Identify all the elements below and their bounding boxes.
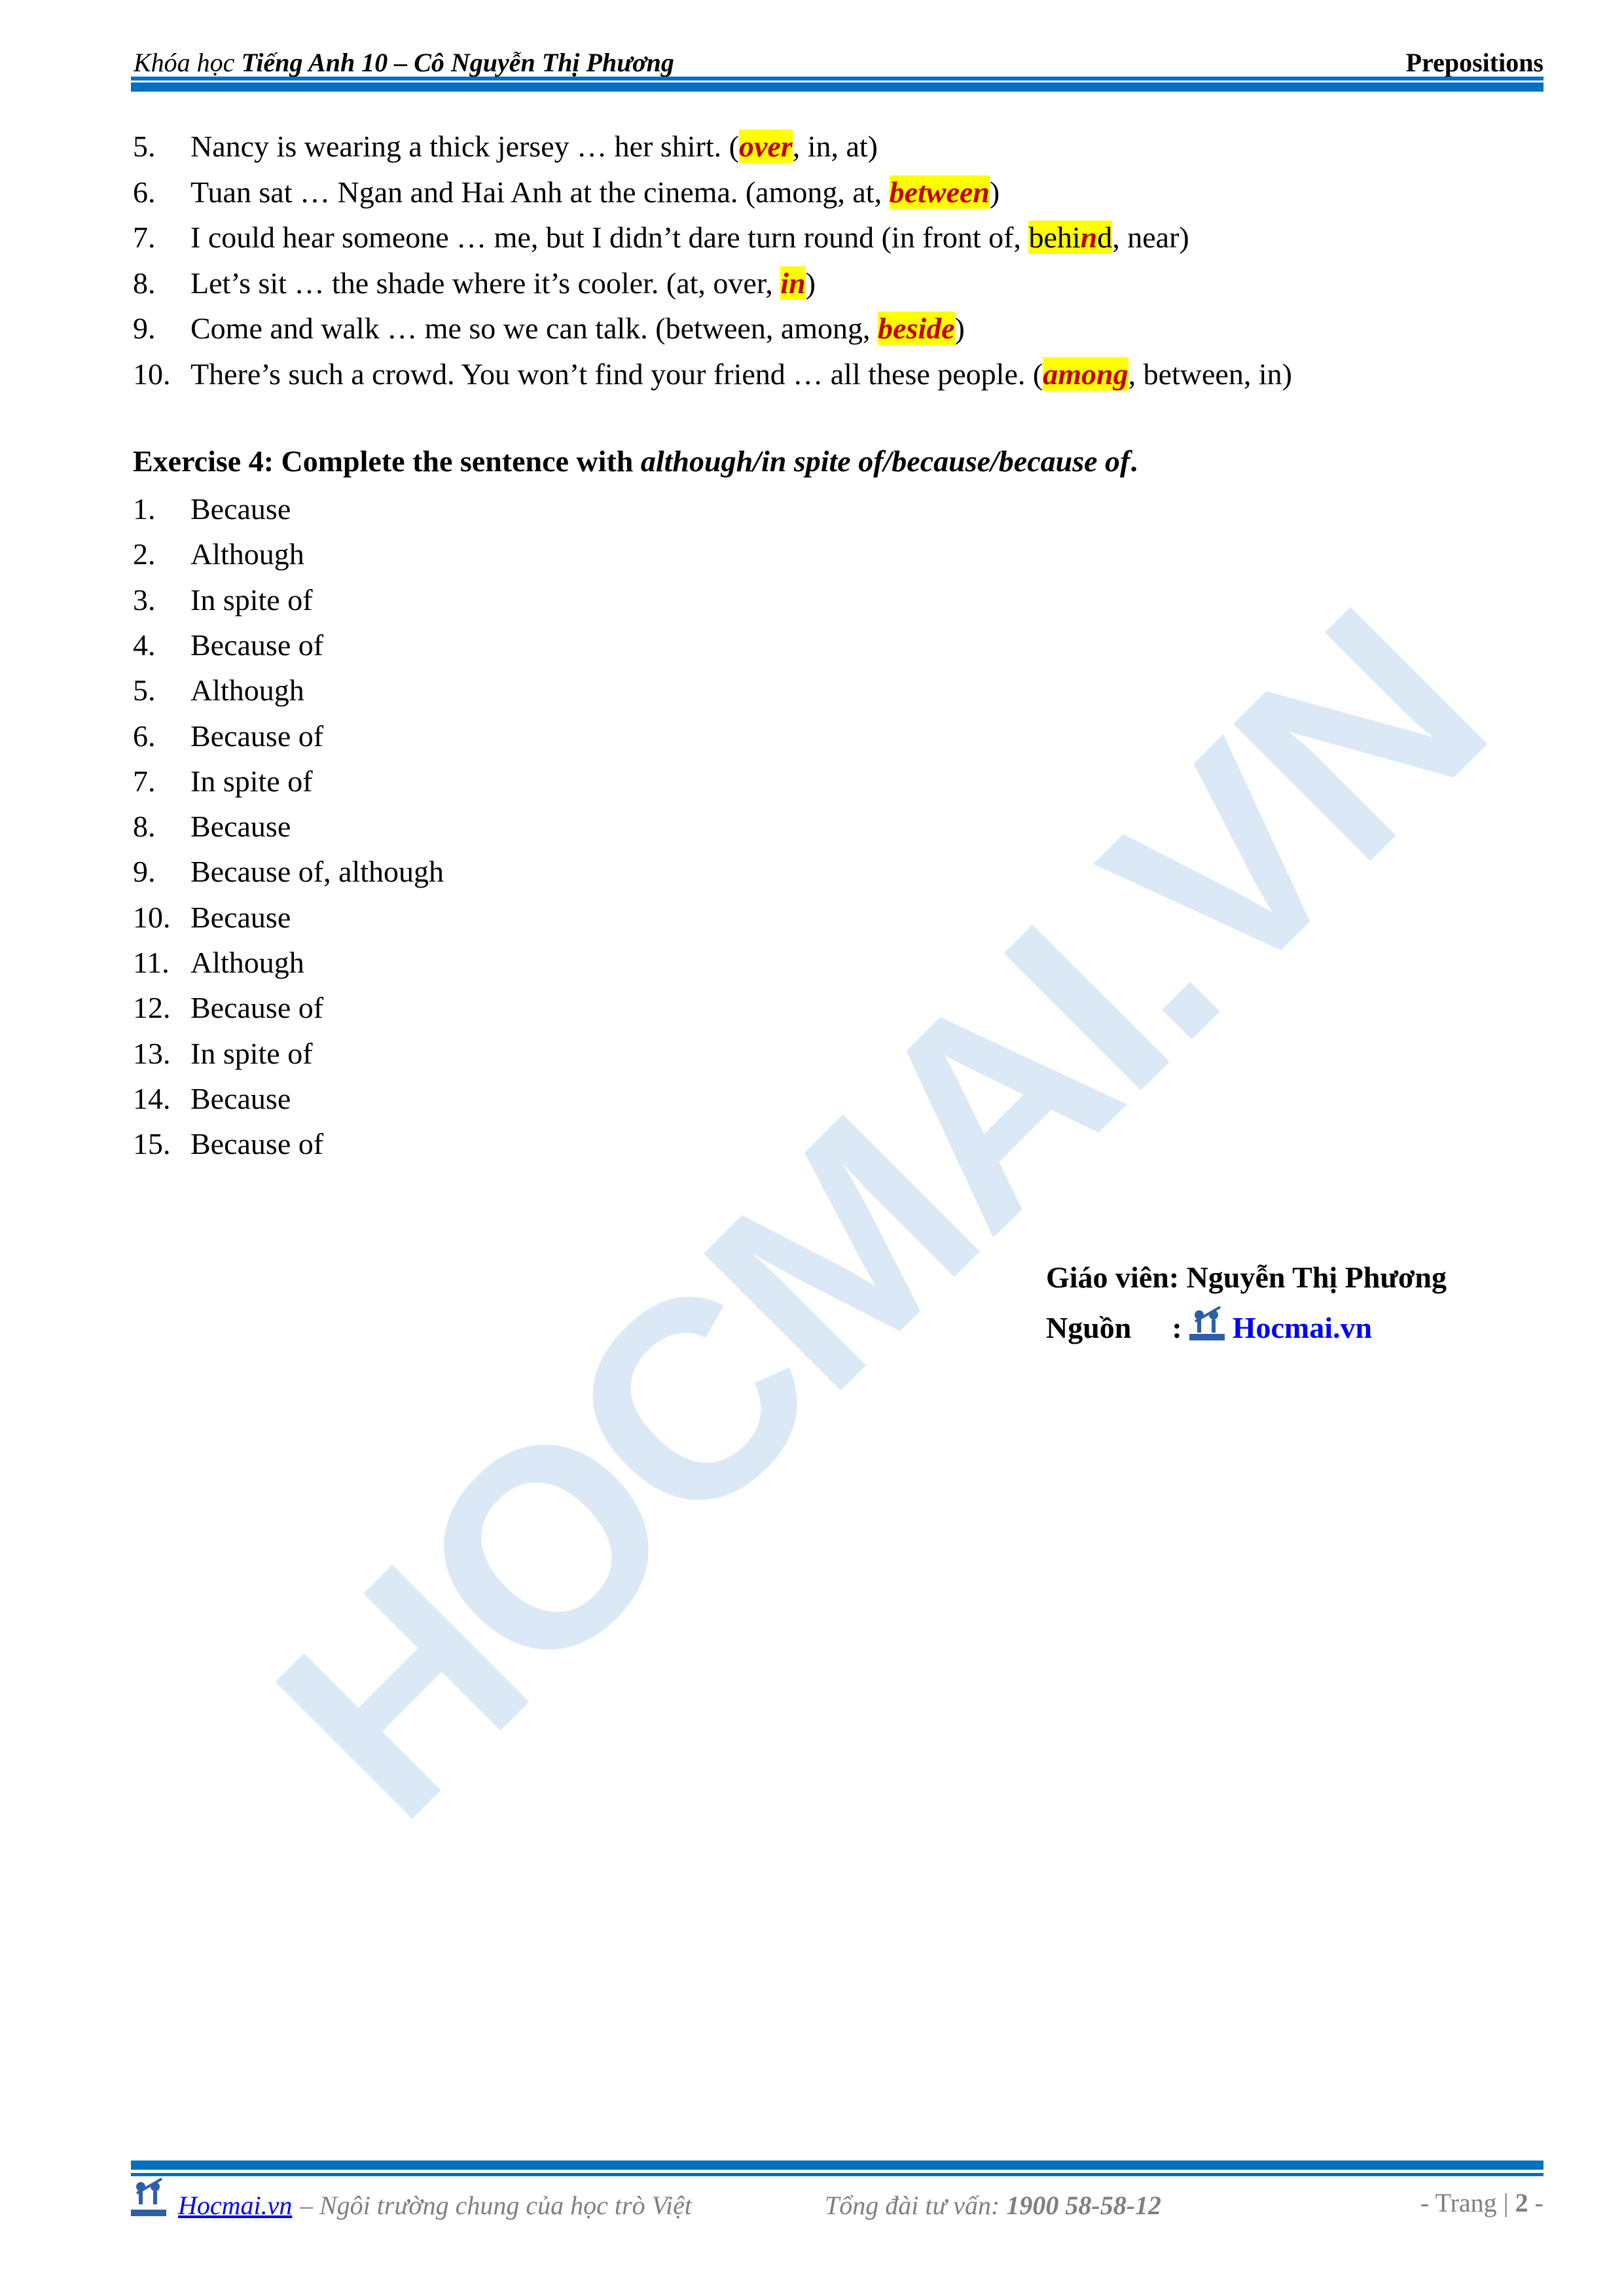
item-number: 7. [133, 762, 190, 801]
item-number: 1. [133, 490, 190, 529]
answer-highlight: over [739, 130, 793, 163]
exercise-4-answer: 2.Although [133, 535, 304, 574]
page-number: - Trang | 2 - [1420, 2187, 1543, 2218]
exercise-4-answer: 4.Because of [133, 626, 323, 665]
answer-highlight: among [1043, 357, 1128, 391]
answer-text: Because of [190, 719, 323, 753]
teacher-signature: Giáo viên: Nguyễn Thị Phương [1046, 1260, 1447, 1295]
footer-hotline: Tổng đài tư vấn: 1900 58-58-12 [825, 2190, 1161, 2221]
source-line: Nguồn: Hocmai.vn [1046, 1308, 1372, 1345]
watermark: HOCMAI.VN [216, 552, 1542, 1878]
answer-text: Because [190, 1082, 291, 1115]
item-number: 11. [133, 943, 190, 982]
exercise-4-answer: 13.In spite of [133, 1034, 313, 1073]
exercise-3-item: 5.Nancy is wearing a thick jersey … her … [133, 127, 878, 166]
answer-highlight: behind [1028, 221, 1112, 254]
answer-text: Because [190, 492, 291, 526]
item-number: 3. [133, 581, 190, 620]
exercise-4-answer: 1.Because [133, 490, 291, 529]
topic-title: Prepositions [1406, 47, 1543, 78]
exercise-3-item: 8.Let’s sit … the shade where it’s coole… [133, 264, 816, 303]
exercise-3-item: 9.Come and walk … me so we can talk. (be… [133, 309, 965, 348]
exercise-4-answer: 7.In spite of [133, 762, 313, 801]
source-label: Nguồn [1046, 1311, 1131, 1344]
footer-site-link[interactable]: Hocmai.vn [178, 2190, 292, 2221]
exercise-4-answer: 10.Because [133, 898, 291, 937]
exercise-3-item: 10.There’s such a crowd. You won’t find … [133, 355, 1292, 394]
hocmai-logo-icon [1189, 1308, 1225, 1340]
exercise-4-answer: 12.Because of [133, 988, 323, 1028]
answer-text: Although [190, 673, 304, 707]
item-number: 5. [133, 127, 190, 166]
exercise-3-item: 6.Tuan sat … Ngan and Hai Anh at the cin… [133, 173, 1000, 212]
answer-highlight: between [890, 175, 990, 209]
answer-text: In spite of [190, 764, 313, 798]
answer-text: Because of, although [190, 855, 444, 888]
item-number: 15. [133, 1124, 190, 1164]
item-number: 5. [133, 671, 190, 710]
course-title: Khóa học Tiếng Anh 10 – Cô Nguyễn Thị Ph… [134, 47, 674, 78]
exercise-3-item: 7.I could hear someone … me, but I didn’… [133, 218, 1189, 257]
exercise-4-answer: 11.Although [133, 943, 304, 982]
source-link[interactable]: Hocmai.vn [1233, 1311, 1372, 1344]
footer-logo-icon [131, 2179, 168, 2216]
answer-text: Because [190, 810, 291, 843]
item-number: 10. [133, 355, 190, 394]
exercise-4-answer: 3.In spite of [133, 581, 313, 620]
answer-text: Because of [190, 991, 323, 1024]
answer-text: Although [190, 946, 304, 979]
item-number: 13. [133, 1034, 190, 1073]
item-number: 8. [133, 807, 190, 846]
exercise-4-answer: 6.Because of [133, 717, 323, 756]
answer-highlight: in [780, 266, 805, 300]
answer-text: Because of [190, 628, 323, 662]
item-number: 7. [133, 218, 190, 257]
item-number: 2. [133, 535, 190, 574]
exercise-4-answer: 5.Although [133, 671, 304, 710]
item-number: 12. [133, 988, 190, 1028]
answer-text: In spite of [190, 1037, 313, 1070]
header-rule-thin [131, 77, 1543, 81]
exercise-4-answer: 8.Because [133, 807, 291, 846]
answer-highlight: beside [878, 312, 955, 345]
answer-text: In spite of [190, 583, 313, 617]
footer-rule-thin [131, 2173, 1543, 2176]
answer-text: Because [190, 901, 291, 934]
exercise-4-answer: 14.Because [133, 1079, 291, 1119]
item-number: 10. [133, 898, 190, 937]
item-number: 6. [133, 173, 190, 212]
footer-rule-thick [131, 2161, 1543, 2170]
exercise-4-answer: 9.Because of, although [133, 852, 444, 891]
answer-text: Because of [190, 1127, 323, 1160]
answer-text: Although [190, 537, 304, 571]
page-footer: Hocmai.vn – Ngôi trường chung của học tr… [131, 2179, 1543, 2225]
item-number: 4. [133, 626, 190, 665]
item-number: 14. [133, 1079, 190, 1119]
item-number: 6. [133, 717, 190, 756]
item-number: 9. [133, 309, 190, 348]
header-rule-thick [131, 82, 1543, 92]
item-number: 8. [133, 264, 190, 303]
footer-tagline: – Ngôi trường chung của học trò Việt [300, 2190, 692, 2221]
exercise-4-answer: 15.Because of [133, 1124, 323, 1164]
exercise-4-title: Exercise 4: Complete the sentence with a… [133, 444, 1138, 478]
item-number: 9. [133, 852, 190, 891]
